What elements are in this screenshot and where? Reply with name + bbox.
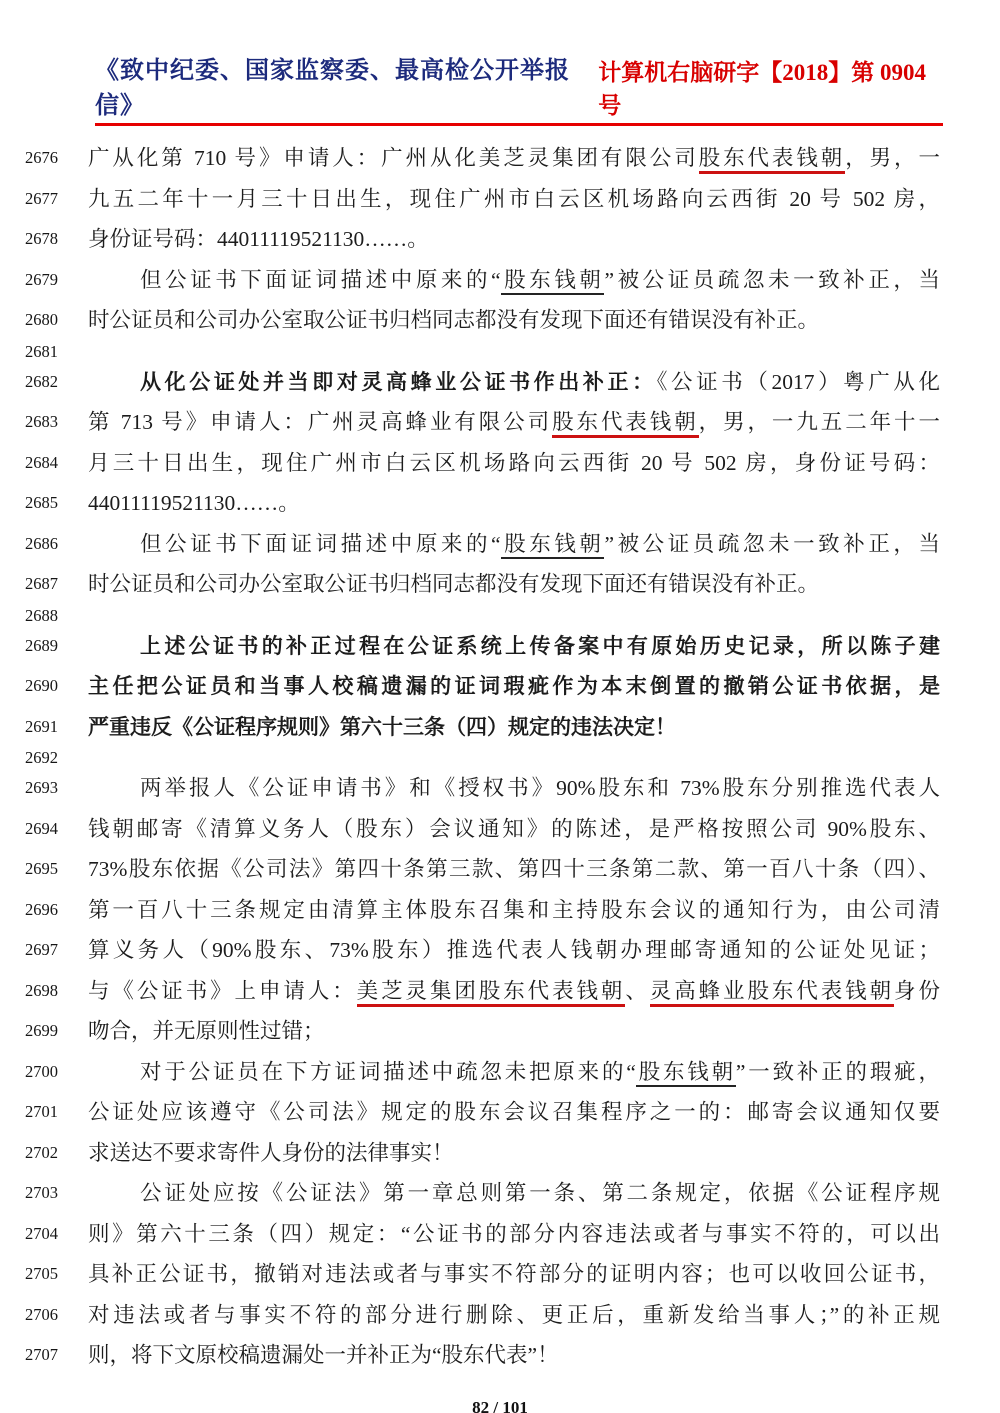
text-segment: 44011119521130……。 [88, 491, 300, 515]
line-number: 2700 [0, 1052, 88, 1093]
bold-text: 从化公证处并当即对灵高蜂业公证书作出补正： [140, 371, 657, 394]
line-number: 2693 [0, 768, 88, 809]
underlined-text: 股东钱朝 [501, 268, 605, 295]
document-header: 《致中纪委、国家监察委、最高检公开举报信》 计算机右脑研字【2018】第 090… [0, 50, 1000, 126]
document-line: 2689 上述公证书的补正过程在公证系统上传备案中有原始历史记录，所以陈子建 [0, 626, 1000, 667]
line-text: 算义务人（90%股东、73%股东）推选代表人钱朝办理邮寄通知的公证处见证； [88, 930, 940, 971]
line-number: 2689 [0, 626, 88, 667]
line-number: 2701 [0, 1092, 88, 1133]
document-line: 2697 算义务人（90%股东、73%股东）推选代表人钱朝办理邮寄通知的公证处见… [0, 930, 1000, 971]
document-line: 2694 钱朝邮寄《清算义务人（股东）会议通知》的陈述，是严格按照公司 90%股… [0, 809, 1000, 850]
underlined-text: 股东钱朝 [636, 1060, 736, 1087]
bold-text: 主任把公证员和当事人校稿遗漏的证词瑕疵作为本末倒置的撤销公证书依据，是 [88, 675, 940, 698]
underlined-text: 股东钱朝 [501, 532, 605, 559]
line-text: 第一百八十三条规定由清算主体股东召集和主持股东会议的通知行为，由公司清 [88, 890, 940, 931]
line-number: 2695 [0, 849, 88, 890]
text-segment: 公证处应该遵守《公司法》规定的股东会议召集程序之一的：邮寄会议通知仅要 [88, 1100, 940, 1124]
document-line: 2702 求送达不要求寄件人身份的法律事实！ [0, 1133, 1000, 1174]
line-number: 2681 [0, 341, 88, 362]
text-segment: 第 713 号》申请人：广州灵高蜂业有限公司 [88, 410, 552, 434]
line-text: 对于公证员在下方证词描述中疏忽未把原来的“股东钱朝”一致补正的瑕疵， [88, 1052, 940, 1093]
document-line: 2692 [0, 747, 1000, 768]
document-line: 2699 吻合，并无原则性过错； [0, 1011, 1000, 1052]
text-segment: 公证处应按《公证法》第一章总则第一条、第二条规定，依据《公证程序规 [140, 1181, 940, 1205]
line-number: 2704 [0, 1214, 88, 1255]
line-text: 时公证员和公司办公室取公证书归档同志都没有发现下面还有错误没有补正。 [88, 300, 940, 341]
text-segment: 时公证员和公司办公室取公证书归档同志都没有发现下面还有错误没有补正。 [88, 572, 819, 596]
line-text: 月三十日出生，现住广州市白云区机场路向云西街 20 号 502 房，身份证号码： [88, 443, 940, 484]
line-number: 2697 [0, 930, 88, 971]
document-body: 2676 广从化第 710 号》申请人：广州从化美芝灵集团有限公司股东代表钱朝，… [0, 138, 1000, 1376]
document-line: 2707 则，将下文原校稿遗漏处一并补正为“股东代表”！ [0, 1335, 1000, 1376]
text-segment: 但公证书下面证词描述中原来的“ [140, 268, 501, 292]
line-text: 上述公证书的补正过程在公证系统上传备案中有原始历史记录，所以陈子建 [88, 626, 940, 667]
text-segment: ”被公证员疏忽未一致补正，当 [604, 268, 940, 292]
line-text: 但公证书下面证词描述中原来的“股东钱朝”被公证员疏忽未一致补正，当 [88, 524, 940, 565]
document-line: 2685 44011119521130……。 [0, 483, 1000, 524]
line-number: 2699 [0, 1011, 88, 1052]
text-segment: ，男，一九五二年十一 [699, 410, 940, 434]
line-text: 44011119521130……。 [88, 483, 940, 524]
line-number: 2706 [0, 1295, 88, 1336]
text-segment: 两举报人《公证申请书》和《授权书》90%股东和 73%股东分别推选代表人 [140, 776, 940, 800]
line-text: 九五二年十一月三十日出生，现住广州市白云区机场路向云西街 20 号 502 房， [88, 179, 940, 220]
line-number: 2694 [0, 809, 88, 850]
text-segment: 吻合，并无原则性过错； [88, 1019, 325, 1043]
red-underlined-text: 股东代表钱朝 [552, 410, 699, 438]
document-line: 2704 则》第六十三条（四）规定：“公证书的部分内容违法或者与事实不符的，可以… [0, 1214, 1000, 1255]
text-segment: 具补正公证书，撤销对违法或者与事实不符部分的证明内容；也可以收回公证书， [88, 1262, 940, 1286]
document-line: 2682 从化公证处并当即对灵高蜂业公证书作出补正：《公证书（2017）粤广从化 [0, 362, 1000, 403]
document-line: 2687 时公证员和公司办公室取公证书归档同志都没有发现下面还有错误没有补正。 [0, 564, 1000, 605]
text-segment: 钱朝邮寄《清算义务人（股东）会议通知》的陈述，是严格按照公司 90%股东、 [88, 817, 940, 841]
document-line: 2681 [0, 341, 1000, 362]
document-line: 2686 但公证书下面证词描述中原来的“股东钱朝”被公证员疏忽未一致补正，当 [0, 524, 1000, 565]
line-text: 则，将下文原校稿遗漏处一并补正为“股东代表”！ [88, 1335, 940, 1376]
line-number: 2679 [0, 260, 88, 301]
document-line: 2679 但公证书下面证词描述中原来的“股东钱朝”被公证员疏忽未一致补正，当 [0, 260, 1000, 301]
line-text: 对违法或者与事实不符的部分进行删除、更正后，重新发给当事人；”的补正规 [88, 1295, 940, 1336]
line-number: 2685 [0, 483, 88, 524]
line-number: 2696 [0, 890, 88, 931]
line-text: 则》第六十三条（四）规定：“公证书的部分内容违法或者与事实不符的，可以出 [88, 1214, 940, 1255]
line-text: 公证处应按《公证法》第一章总则第一条、第二条规定，依据《公证程序规 [88, 1173, 940, 1214]
document-line: 2698 与《公证书》上申请人：美芝灵集团股东代表钱朝、灵高蜂业股东代表钱朝身份 [0, 971, 1000, 1012]
line-text [88, 341, 940, 362]
document-line: 2691 严重违反《公证程序规则》第六十三条（四）规定的违法决定！ [0, 707, 1000, 748]
line-number: 2698 [0, 971, 88, 1012]
page-footer: 82 / 101 [0, 1398, 1000, 1413]
line-number: 2692 [0, 747, 88, 768]
line-number: 2686 [0, 524, 88, 565]
line-number: 2688 [0, 605, 88, 626]
text-segment: 身份证号码：44011119521130……。 [88, 227, 429, 251]
document-line: 2688 [0, 605, 1000, 626]
document-title: 《致中纪委、国家监察委、最高检公开举报信》 [95, 50, 598, 120]
line-text: 时公证员和公司办公室取公证书归档同志都没有发现下面还有错误没有补正。 [88, 564, 940, 605]
text-segment: ”一致补正的瑕疵， [736, 1060, 940, 1084]
red-underlined-text: 股东代表钱朝 [699, 146, 846, 174]
line-text: 与《公证书》上申请人：美芝灵集团股东代表钱朝、灵高蜂业股东代表钱朝身份 [88, 971, 940, 1012]
text-segment: 、 [625, 979, 649, 1003]
document-line: 2706 对违法或者与事实不符的部分进行删除、更正后，重新发给当事人；”的补正规 [0, 1295, 1000, 1336]
document-line: 2678 身份证号码：44011119521130……。 [0, 219, 1000, 260]
line-text: 但公证书下面证词描述中原来的“股东钱朝”被公证员疏忽未一致补正，当 [88, 260, 940, 301]
document-line: 2677 九五二年十一月三十日出生，现住广州市白云区机场路向云西街 20 号 5… [0, 179, 1000, 220]
line-number: 2702 [0, 1133, 88, 1174]
red-underlined-text: 灵高蜂业股东代表钱朝 [650, 979, 894, 1007]
line-text: 73%股东依据《公司法》第四十条第三款、第四十三条第二款、第一百八十条（四）、 [88, 849, 940, 890]
line-number: 2684 [0, 443, 88, 484]
text-segment: 对违法或者与事实不符的部分进行删除、更正后，重新发给当事人；”的补正规 [88, 1303, 940, 1327]
line-text: 第 713 号》申请人：广州灵高蜂业有限公司股东代表钱朝，男，一九五二年十一 [88, 402, 940, 443]
text-segment: 73%股东依据《公司法》第四十条第三款、第四十三条第二款、第一百八十条（四）、 [88, 857, 940, 881]
document-line: 2705 具补正公证书，撤销对违法或者与事实不符部分的证明内容；也可以收回公证书… [0, 1254, 1000, 1295]
text-segment: 身份 [894, 979, 940, 1003]
line-number: 2687 [0, 564, 88, 605]
document-line: 2696 第一百八十三条规定由清算主体股东召集和主持股东会议的通知行为，由公司清 [0, 890, 1000, 931]
line-text: 吻合，并无原则性过错； [88, 1011, 940, 1052]
line-text: 两举报人《公证申请书》和《授权书》90%股东和 73%股东分别推选代表人 [88, 768, 940, 809]
text-segment: 第一百八十三条规定由清算主体股东召集和主持股东会议的通知行为，由公司清 [88, 898, 940, 922]
line-text: 从化公证处并当即对灵高蜂业公证书作出补正：《公证书（2017）粤广从化 [88, 362, 940, 403]
text-segment: 求送达不要求寄件人身份的法律事实！ [88, 1141, 454, 1165]
text-segment: 但公证书下面证词描述中原来的“ [140, 532, 501, 556]
document-line: 2680 时公证员和公司办公室取公证书归档同志都没有发现下面还有错误没有补正。 [0, 300, 1000, 341]
line-text [88, 605, 940, 626]
document-line: 2703 公证处应按《公证法》第一章总则第一条、第二条规定，依据《公证程序规 [0, 1173, 1000, 1214]
text-segment: ，男，一 [845, 146, 940, 170]
bold-text: 严重违反《公证程序规则》第六十三条（四）规定的违法决定！ [88, 716, 676, 739]
line-text: 钱朝邮寄《清算义务人（股东）会议通知》的陈述，是严格按照公司 90%股东、 [88, 809, 940, 850]
line-number: 2707 [0, 1335, 88, 1376]
line-text: 主任把公证员和当事人校稿遗漏的证词瑕疵作为本末倒置的撤销公证书依据，是 [88, 666, 940, 707]
header-divider [95, 123, 943, 126]
line-text: 求送达不要求寄件人身份的法律事实！ [88, 1133, 940, 1174]
text-segment: 《公证书（2017）粤广从化 [657, 370, 940, 394]
line-text: 身份证号码：44011119521130……。 [88, 219, 940, 260]
line-text: 广从化第 710 号》申请人：广州从化美芝灵集团有限公司股东代表钱朝，男，一 [88, 138, 940, 179]
document-line: 2690 主任把公证员和当事人校稿遗漏的证词瑕疵作为本末倒置的撤销公证书依据，是 [0, 666, 1000, 707]
bold-text: 上述公证书的补正过程在公证系统上传备案中有原始历史记录，所以陈子建 [140, 635, 940, 658]
text-segment: 则，将下文原校稿遗漏处一并补正为“股东代表”！ [88, 1343, 559, 1367]
document-number: 计算机右脑研字【2018】第 0904 号 [598, 54, 940, 120]
document-line: 2700 对于公证员在下方证词描述中疏忽未把原来的“股东钱朝”一致补正的瑕疵， [0, 1052, 1000, 1093]
document-line: 2683 第 713 号》申请人：广州灵高蜂业有限公司股东代表钱朝，男，一九五二… [0, 402, 1000, 443]
text-segment: 则》第六十三条（四）规定：“公证书的部分内容违法或者与事实不符的，可以出 [88, 1222, 940, 1246]
line-text: 具补正公证书，撤销对违法或者与事实不符部分的证明内容；也可以收回公证书， [88, 1254, 940, 1295]
document-line: 2701 公证处应该遵守《公司法》规定的股东会议召集程序之一的：邮寄会议通知仅要 [0, 1092, 1000, 1133]
line-number: 2676 [0, 138, 88, 179]
line-number: 2682 [0, 362, 88, 403]
line-number: 2683 [0, 402, 88, 443]
line-text: 公证处应该遵守《公司法》规定的股东会议召集程序之一的：邮寄会议通知仅要 [88, 1092, 940, 1133]
text-segment: 九五二年十一月三十日出生，现住广州市白云区机场路向云西街 20 号 502 房， [88, 187, 940, 211]
line-number: 2678 [0, 219, 88, 260]
text-segment: 时公证员和公司办公室取公证书归档同志都没有发现下面还有错误没有补正。 [88, 308, 819, 332]
text-segment: 与《公证书》上申请人： [88, 979, 357, 1003]
line-text: 严重违反《公证程序规则》第六十三条（四）规定的违法决定！ [88, 707, 940, 748]
page-indicator: 82 / 101 [472, 1398, 528, 1413]
document-line: 2684 月三十日出生，现住广州市白云区机场路向云西街 20 号 502 房，身… [0, 443, 1000, 484]
document-line: 2676 广从化第 710 号》申请人：广州从化美芝灵集团有限公司股东代表钱朝，… [0, 138, 1000, 179]
text-segment: 算义务人（90%股东、73%股东）推选代表人钱朝办理邮寄通知的公证处见证； [88, 938, 940, 962]
line-number: 2690 [0, 666, 88, 707]
document-page: 《致中纪委、国家监察委、最高检公开举报信》 计算机右脑研字【2018】第 090… [0, 0, 1000, 1413]
document-line: 2695 73%股东依据《公司法》第四十条第三款、第四十三条第二款、第一百八十条… [0, 849, 1000, 890]
text-segment: 对于公证员在下方证词描述中疏忽未把原来的“ [140, 1060, 636, 1084]
line-number: 2691 [0, 707, 88, 748]
line-text [88, 747, 940, 768]
text-segment: ”被公证员疏忽未一致补正，当 [604, 532, 940, 556]
line-number: 2705 [0, 1254, 88, 1295]
line-number: 2680 [0, 300, 88, 341]
line-number: 2677 [0, 179, 88, 220]
red-underlined-text: 美芝灵集团股东代表钱朝 [357, 979, 626, 1007]
text-segment: 广从化第 710 号》申请人：广州从化美芝灵集团有限公司 [88, 146, 699, 170]
text-segment: 月三十日出生，现住广州市白云区机场路向云西街 20 号 502 房，身份证号码： [88, 451, 940, 475]
document-line: 2693 两举报人《公证申请书》和《授权书》90%股东和 73%股东分别推选代表… [0, 768, 1000, 809]
line-number: 2703 [0, 1173, 88, 1214]
